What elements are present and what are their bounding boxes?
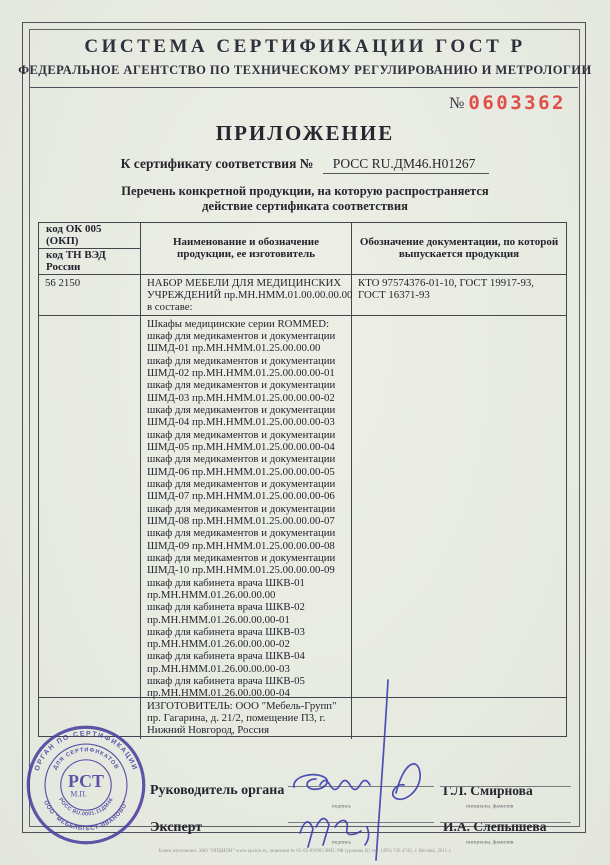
text-line: шкаф для медикаментов и документации [147,453,345,465]
role-head-of-body: Руководитель органа [150,783,284,799]
signature-caption-expert: подпись [332,839,351,845]
header-cell-documentation: Обозначение документации, по которой вып… [352,223,566,274]
manufacturer-cell: ИЗГОТОВИТЕЛЬ: ООО "Мебель-Групп"пр. Гага… [140,698,352,739]
text-line: шкаф для медикаментов и документации [147,478,345,490]
header-cell-codes: код ОК 005 (ОКП) код ТН ВЭД России [39,223,140,274]
text-line: шкаф для медикаментов и документации [147,503,345,515]
table-row: Шкафы медицинские серии ROMMED:шкаф для … [39,315,566,697]
text-line: ШМД-04 пр.МН.НММ.01.25.00.00.00-03 [147,416,345,428]
certificate-appendix-page: СИСТЕМА СЕРТИФИКАЦИИ ГОСТ Р ФЕДЕРАЛЬНОЕ … [0,0,610,865]
text-line: КТО 97574376-01-10, ГОСТ 19917-93, [358,277,560,289]
text-line: в составе: [147,301,345,313]
text-line: ШМД-08 пр.МН.НММ.01.25.00.00.00-07 [147,515,345,527]
text-line: НАБОР МЕБЕЛИ ДЛЯ МЕДИЦИНСКИХ [147,277,345,289]
text-line: шкаф для медикаментов и документации [147,404,345,416]
document-title: ПРИЛОЖЕНИЕ [0,121,610,146]
role-expert: Эксперт [150,820,202,836]
subtitle-line-2: действие сертификата соответствия [0,199,610,214]
text-line: шкаф для кабинета врача ШКВ-05 [147,675,345,687]
text-line: ШМД-06 пр.МН.НММ.01.25.00.00.00-05 [147,466,345,478]
blank-number: № 0603362 [449,92,566,114]
rst-mark: РСТ [68,771,104,791]
products-table: код ОК 005 (ОКП) код ТН ВЭД России Наиме… [38,222,567,737]
text-line: ШМД-02 пр.МН.НММ.01.25.00.00.00-01 [147,367,345,379]
header-tnved-code: код ТН ВЭД России [39,249,140,274]
head-name-line [440,786,571,787]
product-name-cell: НАБОР МЕБЕЛИ ДЛЯ МЕДИЦИНСКИХУЧРЕЖДЕНИЙ п… [140,275,352,315]
text-line: ШМД-07 пр.МН.НММ.01.25.00.00.00-06 [147,490,345,502]
blank-number-value: 0603362 [468,92,566,114]
head-name-caption: инициалы, фамилия [466,803,513,809]
agency-title: ФЕДЕРАЛЬНОЕ АГЕНТСТВО ПО ТЕХНИЧЕСКОМУ РЕ… [0,63,610,78]
text-line: шкаф для кабинета врача ШКВ-04 [147,650,345,662]
expert-name-caption: инициалы, фамилия [466,839,513,845]
text-line: шкаф для медикаментов и документации [147,355,345,367]
certification-stamp: ОРГАН ПО СЕРТИФИКАЦИИ ООО "МЕБЕЛЬТЕСТ-ИВ… [23,722,149,848]
text-line: пр.МН.НММ.01.26.00.00.00 [147,589,345,601]
blank-number-label: № [449,95,464,112]
appendix-subtitle: Перечень конкретной продукции, на котору… [0,184,610,213]
text-line: пр.МН.НММ.01.26.00.00.00-02 [147,638,345,650]
text-line: шкаф для медикаментов и документации [147,379,345,391]
expert-name-line [440,822,571,823]
text-line: Шкафы медицинские серии ROMMED: [147,318,345,330]
certificate-reference: К сертификату соответствия № РОСС RU.ДМ4… [0,156,610,174]
text-line: пр.МН.НММ.01.26.00.00.00-01 [147,614,345,626]
text-line: шкаф для кабинета врача ШКВ-01 [147,577,345,589]
table-row: 56 2150 НАБОР МЕБЕЛИ ДЛЯ МЕДИЦИНСКИХУЧРЕ… [39,274,566,315]
text-line: ГОСТ 16371-93 [358,289,560,301]
text-line: шкаф для медикаментов и документации [147,330,345,342]
text-line: Нижний Новгород, Россия [147,724,345,736]
subtitle-line-1: Перечень конкретной продукции, на котору… [0,184,610,199]
text-line: шкаф для кабинета врача ШКВ-02 [147,601,345,613]
text-line: УЧРЕЖДЕНИЙ пр.МН.НММ.01.00.00.00.00 [147,289,345,301]
blank-printer-note: Бланк изготовлен: ЗАО "ОПЦИОН" www.opcio… [67,849,543,854]
text-line: шкаф для медикаментов и документации [147,552,345,564]
system-title: СИСТЕМА СЕРТИФИКАЦИИ ГОСТ Р [0,36,610,58]
table-header-row: код ОК 005 (ОКП) код ТН ВЭД России Наиме… [39,223,566,274]
header-okp-code: код ОК 005 (ОКП) [39,223,140,249]
product-list-cell: Шкафы медицинские серии ROMMED:шкаф для … [140,316,352,697]
empty-docs-cell [352,698,566,739]
empty-docs-cell [352,316,566,697]
text-line: шкаф для медикаментов и документации [147,429,345,441]
empty-code-cell [39,316,140,697]
header-divider [30,87,578,88]
text-line: шкаф для кабинета врача ШКВ-03 [147,626,345,638]
okp-code-value: 56 2150 [39,275,140,315]
text-line: пр. Гагарина, д. 21/2, помещение П3, г. [147,712,345,724]
documentation-cell: КТО 97574376-01-10, ГОСТ 19917-93,ГОСТ 1… [352,275,566,315]
certificate-reference-label: К сертификату соответствия № [121,156,314,171]
stamp-mp-label: М.П. [70,790,87,799]
text-line: ШМД-03 пр.МН.НММ.01.25.00.00.00-02 [147,392,345,404]
text-line: пр.МН.НММ.01.26.00.00.00-03 [147,663,345,675]
text-line: ИЗГОТОВИТЕЛЬ: ООО "Мебель-Групп" [147,700,345,712]
certificate-number: РОСС RU.ДМ46.Н01267 [323,156,490,174]
header-cell-product-name: Наименование и обозначение продукции, ее… [140,223,352,274]
text-line: ШМД-09 пр.МН.НММ.01.25.00.00.00-08 [147,540,345,552]
signature-line-head [288,786,434,787]
text-line: ШМД-01 пр.МН.НММ.01.25.00.00.00 [147,342,345,354]
text-line: шкаф для медикаментов и документации [147,527,345,539]
signature-line-expert [288,822,434,823]
text-line: ШМД-05 пр.МН.НММ.01.25.00.00.00-04 [147,441,345,453]
signature-caption-head: подпись [332,803,351,809]
text-line: ШМД-10 пр.МН.НММ.01.25.00.00.00-09 [147,564,345,576]
